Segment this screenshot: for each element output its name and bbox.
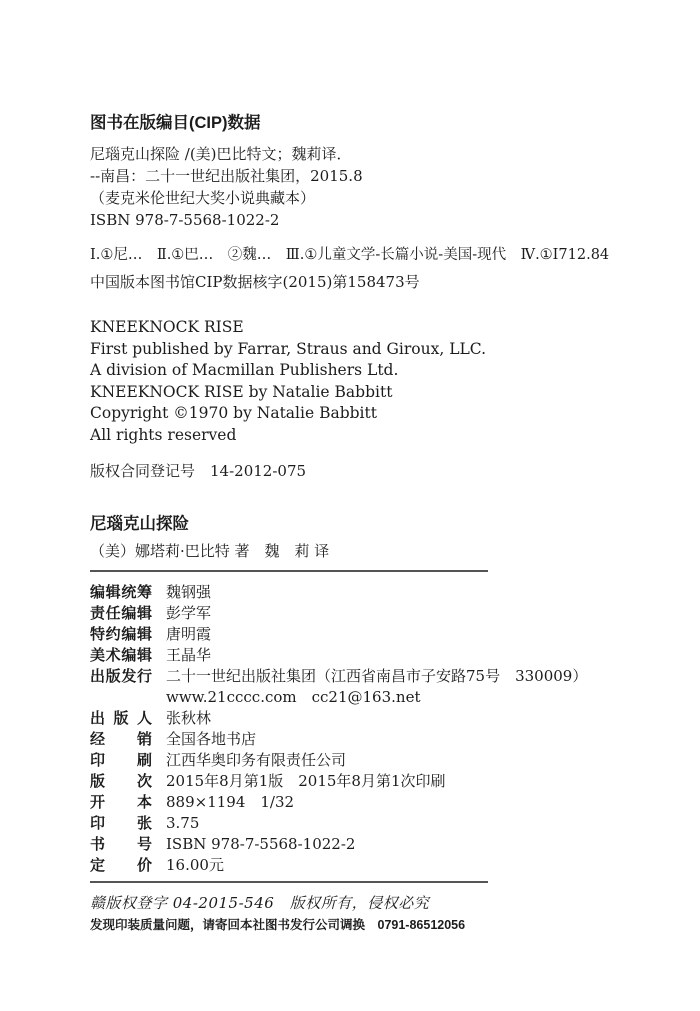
cip-isbn: ISBN 978-7-5568-1022-2 xyxy=(90,209,622,231)
colophon-value: 彭学军 xyxy=(166,603,211,624)
book-title: 尼瑙克山探险 xyxy=(90,512,622,536)
colophon-value: 王晶华 xyxy=(166,645,211,666)
colophon-row: 开本 889×1194 1/32 xyxy=(90,792,622,813)
divider-bottom xyxy=(90,881,488,883)
colophon-row: 经销 全国各地书店 xyxy=(90,729,622,750)
colophon-row: 出版发行 二十一世纪出版社集团（江西省南昌市子安路75号 330009） xyxy=(90,666,622,687)
colophon-label: 定价 xyxy=(90,855,152,876)
colophon-label: 特约编辑 xyxy=(90,624,152,645)
colophon-label: 印张 xyxy=(90,813,152,834)
colophon-value: 张秋林 xyxy=(166,708,211,729)
colophon-value: 3.75 xyxy=(166,813,199,834)
colophon-label: 出版人 xyxy=(90,708,152,729)
colophon-row: www.21cccc.com cc21@163.net xyxy=(90,687,622,708)
copyright-notice: KNEEKNOCK RISE First published by Farrar… xyxy=(90,317,622,446)
colophon-value: 江西华奥印务有限责任公司 xyxy=(166,750,346,771)
cip-title-statement: 尼瑙克山探险 /(美)巴比特文；魏莉译． xyxy=(90,143,622,165)
colophon-value-website: www.21cccc.com cc21@163.net xyxy=(166,687,420,708)
colophon-value: 2015年8月第1版 2015年8月第1次印刷 xyxy=(166,771,446,792)
footer-quality-line: 发现印装质量问题，请寄回本社图书发行公司调换 0791-86512056 xyxy=(90,916,622,934)
colophon-label: 书号 xyxy=(90,834,152,855)
colophon-label: 美术编辑 xyxy=(90,645,152,666)
copyright-notice-line: Copyright ©1970 by Natalie Babbitt xyxy=(90,403,622,425)
colophon-label: 出版发行 xyxy=(90,666,152,687)
cip-series-statement: （麦克米伦世纪大奖小说典藏本） xyxy=(90,187,622,209)
colophon-value: ISBN 978-7-5568-1022-2 xyxy=(166,834,355,855)
colophon-label: 责任编辑 xyxy=(90,603,152,624)
copyright-notice-line: A division of Macmillan Publishers Ltd. xyxy=(90,360,622,382)
colophon-value: 二十一世纪出版社集团（江西省南昌市子安路75号 330009） xyxy=(166,666,587,687)
colophon-row: 书号 ISBN 978-7-5568-1022-2 xyxy=(90,834,622,855)
colophon-label: 开本 xyxy=(90,792,152,813)
footer-license-line: 赣版权登字 04-2015-546 版权所有，侵权必究 xyxy=(90,893,622,914)
colophon-row: 特约编辑 唐明霞 xyxy=(90,624,622,645)
colophon-label: 经销 xyxy=(90,729,152,750)
cip-heading: 图书在版编目(CIP)数据 xyxy=(90,112,622,134)
cip-classification: Ⅰ.①尼… Ⅱ.①巴… ②魏… Ⅲ.①儿童文学-长篇小说-美国-现代 Ⅳ.①I7… xyxy=(90,244,622,266)
colophon-row: 印刷 江西华奥印务有限责任公司 xyxy=(90,750,622,771)
colophon-label: 编辑统筹 xyxy=(90,582,152,603)
title-block: 尼瑙克山探险 （美）娜塔莉·巴比特 著 魏 莉 译 xyxy=(90,512,622,562)
colophon-value: 魏钢强 xyxy=(166,582,211,603)
colophon-row: 编辑统筹 魏钢强 xyxy=(90,582,622,603)
colophon-value: 16.00元 xyxy=(166,855,224,876)
copyright-notice-line: KNEEKNOCK RISE by Natalie Babbitt xyxy=(90,382,622,404)
colophon-label: 印刷 xyxy=(90,750,152,771)
colophon-row: 出版人 张秋林 xyxy=(90,708,622,729)
colophon-value: 889×1194 1/32 xyxy=(166,792,294,813)
colophon-row: 责任编辑 彭学军 xyxy=(90,603,622,624)
book-copyright-page: 图书在版编目(CIP)数据 尼瑙克山探险 /(美)巴比特文；魏莉译． --南昌：… xyxy=(0,0,700,1011)
cip-publisher-statement: --南昌：二十一世纪出版社集团，2015.8 xyxy=(90,165,622,187)
copyright-notice-line: All rights reserved xyxy=(90,425,622,447)
cip-record: 尼瑙克山探险 /(美)巴比特文；魏莉译． --南昌：二十一世纪出版社集团，201… xyxy=(90,143,622,231)
copyright-notice-line: First published by Farrar, Straus and Gi… xyxy=(90,339,622,361)
colophon-value: 全国各地书店 xyxy=(166,729,256,750)
colophon-row: 印张 3.75 xyxy=(90,813,622,834)
contract-registration-number: 版权合同登记号 14-2012-075 xyxy=(90,460,622,482)
cip-registry-number: 中国版本图书馆CIP数据核字(2015)第158473号 xyxy=(90,271,622,293)
copyright-notice-line: KNEEKNOCK RISE xyxy=(90,317,622,339)
colophon-row: 美术编辑 王晶华 xyxy=(90,645,622,666)
colophon-row: 定价 16.00元 xyxy=(90,855,622,876)
divider-top xyxy=(90,570,488,572)
page-content: 图书在版编目(CIP)数据 尼瑙克山探险 /(美)巴比特文；魏莉译． --南昌：… xyxy=(90,112,622,934)
colophon-value: 唐明霞 xyxy=(166,624,211,645)
colophon-table: 编辑统筹 魏钢强 责任编辑 彭学军 特约编辑 唐明霞 美术编辑 王晶华 出版发行… xyxy=(90,582,622,876)
colophon-row: 版次 2015年8月第1版 2015年8月第1次印刷 xyxy=(90,771,622,792)
book-byline: （美）娜塔莉·巴比特 著 魏 莉 译 xyxy=(90,540,622,562)
colophon-label: 版次 xyxy=(90,771,152,792)
